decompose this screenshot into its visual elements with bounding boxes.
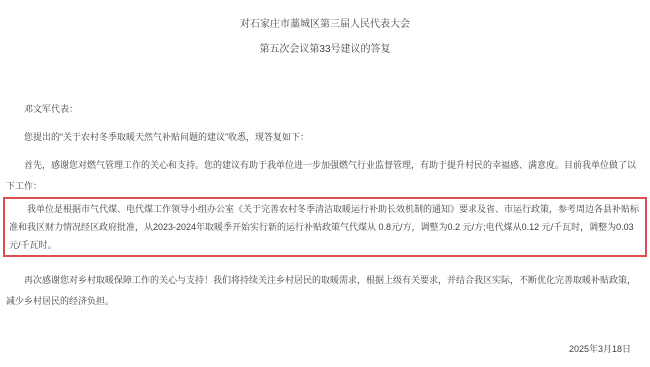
- document-title-line2: 第五次会议第33号建议的答复: [6, 37, 644, 62]
- policy-subsidy-paragraph: 我单位是根据市气代煤、电代煤工作领导小组办公室《关于完善农村冬季清洁取暖运行补助…: [9, 200, 641, 254]
- document-date: 2025年3月18日: [6, 342, 644, 356]
- reply-document-page: 对石家庄市藁城区第三届人民代表大会 第五次会议第33号建议的答复 邓文军代表： …: [0, 0, 650, 367]
- intro-paragraph: 您提出的“关于农村冬季取暖天然气补贴问题的建议”收悉，现答复如下：: [6, 127, 644, 148]
- salutation: 邓文军代表：: [6, 99, 644, 120]
- red-highlight-annotation-box: 我单位是根据市气代煤、电代煤工作领导小组办公室《关于完善农村冬季清洁取暖运行补助…: [3, 197, 647, 257]
- first-work-paragraph: 首先，感谢您对燃气管理工作的关心和支持。您的建议有助于我单位进一步加强燃气行业监…: [6, 155, 644, 197]
- document-title-line1: 对石家庄市藁城区第三届人民代表大会: [6, 12, 644, 37]
- closing-paragraph: 再次感谢您对乡村取暖保障工作的关心与支持！我们将持续关注乡村居民的取暖需求，根据…: [6, 270, 644, 312]
